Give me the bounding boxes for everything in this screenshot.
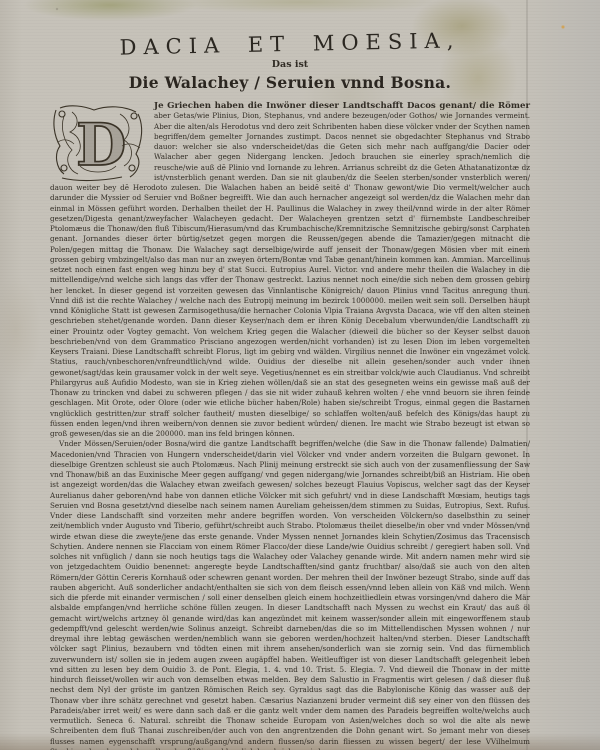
- body-text: D Je Griechen haben die Inwöner dieser L…: [50, 101, 530, 750]
- section-heading: Die Walachey / Seruien vnnd Bosna.: [50, 73, 530, 92]
- paragraph-2: Vnder Mössen/Seruien/oder Bosna/wird die…: [50, 439, 530, 750]
- drop-cap-initial-d: D: [50, 102, 147, 182]
- page-title: DACIA ET MOESIA,: [50, 27, 530, 61]
- text-block: DACIA ET MOESIA, Das ist Die Walachey / …: [50, 24, 530, 750]
- paragraph-1: D Je Griechen haben die Inwöner dieser L…: [50, 101, 530, 439]
- paragraph-2-text: Vnder Mössen/Seruien/oder Bosna/wird die…: [50, 439, 530, 750]
- page-subtitle: Das ist: [50, 59, 530, 70]
- page-paper: DACIA ET MOESIA, Das ist Die Walachey / …: [0, 0, 600, 750]
- svg-text:D: D: [76, 111, 126, 179]
